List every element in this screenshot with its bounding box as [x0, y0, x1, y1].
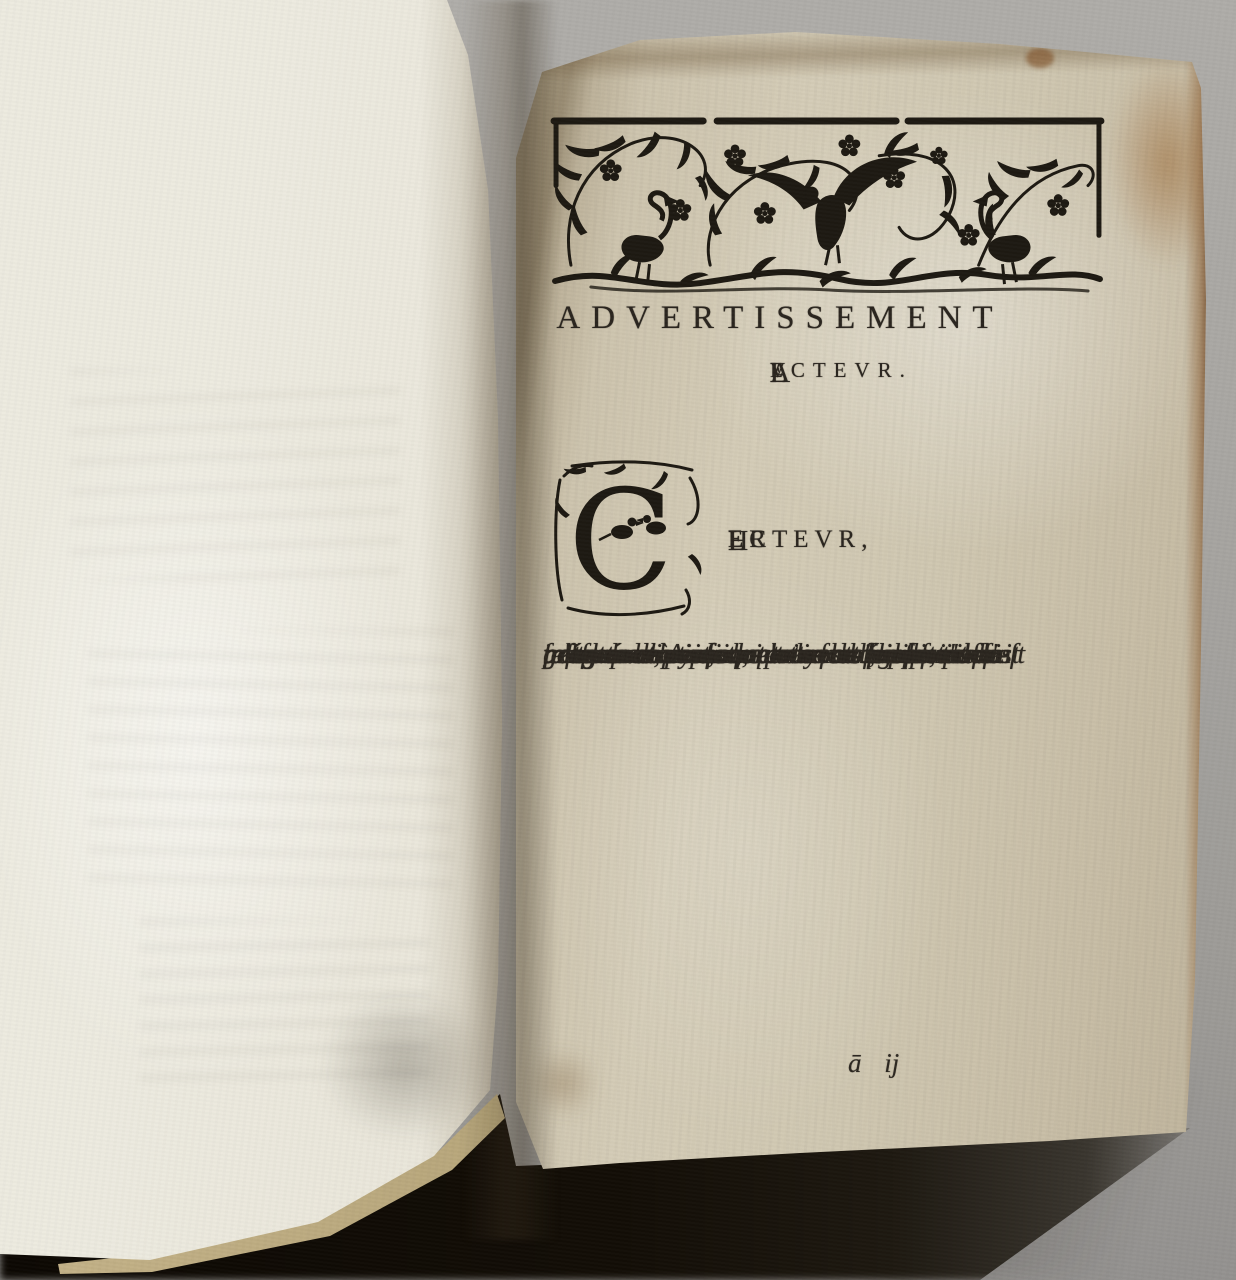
- headpiece-ornament-icon: [549, 116, 1106, 293]
- foxing-stain: [1108, 58, 1228, 268]
- body-line: trouuer celuy des autres fort ſupportabl…: [543, 634, 1004, 676]
- subtitle-word2-rest: ECTEVR.: [770, 358, 913, 383]
- drop-cap-C-icon: C: [552, 458, 704, 620]
- show-through-smudge: [70, 370, 400, 580]
- page-title: ADVERTISSEMENT: [540, 300, 1020, 337]
- drop-cap-letter: C: [568, 460, 674, 620]
- foxing-spot: [1026, 48, 1054, 68]
- salutation-word2-rest: ECTEVR,: [728, 526, 873, 554]
- gutter-shadow: [462, 0, 558, 1240]
- signature-mark: ā ij: [848, 1048, 899, 1079]
- show-through-smudge: [88, 630, 453, 890]
- book-photo: ADVERTISSEMENT AV LECTEVR. C: [0, 0, 1236, 1280]
